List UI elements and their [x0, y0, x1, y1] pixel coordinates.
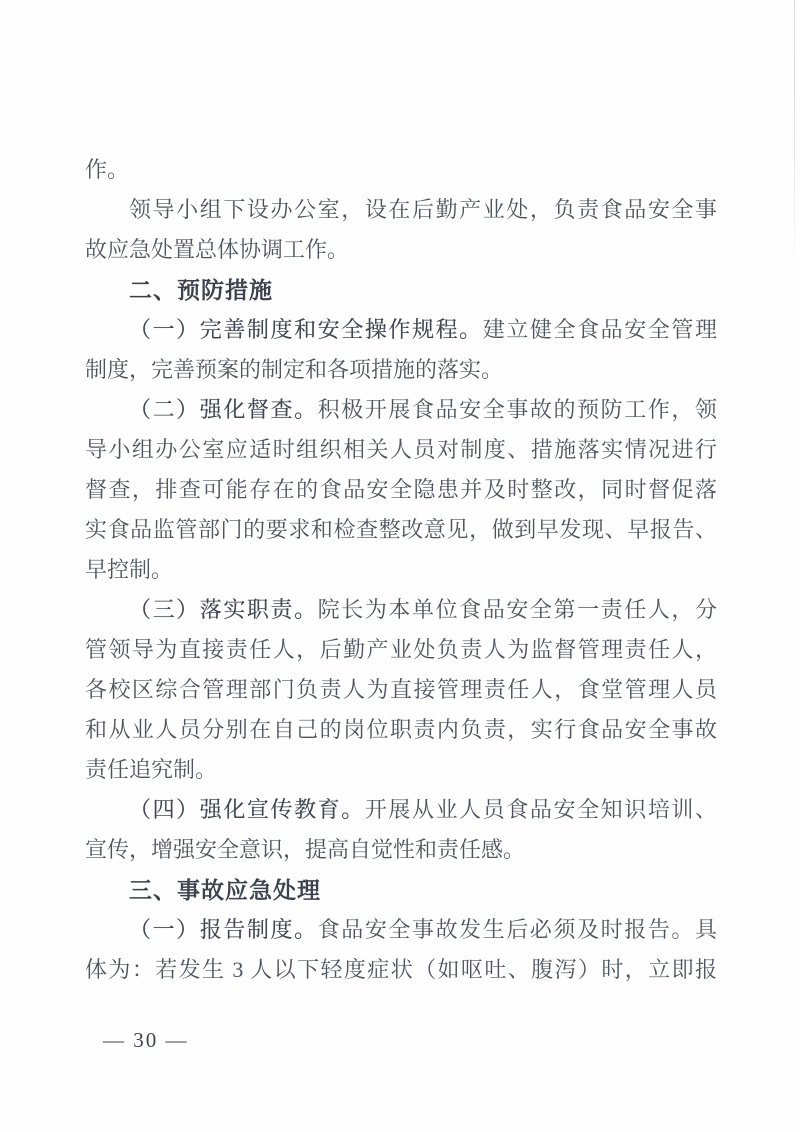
line-text: 导小组办公室应适时组织相关人员对制度、措施落实情况进行 [85, 437, 717, 462]
text-line: 早控制。 [85, 550, 717, 590]
line-text: 宣传，增强安全意识，提高自觉性和责任感。 [85, 837, 525, 862]
text-line: （三）落实职责。院长为本单位食品安全第一责任人，分 [85, 590, 717, 630]
line-text: 督查，排查可能存在的食品安全隐患并及时整改，同时督促落 [85, 477, 717, 502]
text-line: 责任追究制。 [85, 750, 717, 790]
line-text: 制度，完善预案的制定和各项措施的落实。 [85, 357, 503, 382]
item-lead-text: （二）强化督查。 [129, 397, 318, 422]
item-lead-text: （四）强化宣传教育。 [129, 797, 365, 822]
item-lead-text: （一）报告制度。 [129, 917, 318, 942]
line-text: 体为：若发生 3 人以下轻度症状（如呕吐、腹泻）时，立即报 [85, 957, 717, 982]
document-body: 作。 领导小组下设办公室，设在后勤产业处，负责食品安全事 故应急处置总体协调工作… [85, 150, 717, 990]
document-page: 作。 领导小组下设办公室，设在后勤产业处，负责食品安全事 故应急处置总体协调工作… [0, 0, 800, 1132]
scan-edge-artifact [794, 0, 795, 270]
text-line: 督查，排查可能存在的食品安全隐患并及时整改，同时督促落 [85, 470, 717, 510]
line-text: 责任追究制。 [85, 757, 217, 782]
line-text: 管领导为直接责任人，后勤产业处负责人为监督管理责任人， [85, 637, 717, 662]
line-text: 和从业人员分别在自己的岗位职责内负责，实行食品安全事故 [85, 717, 717, 742]
section-heading-emergency-handling: 三、事故应急处理 [85, 870, 717, 910]
line-text: 领导小组下设办公室，设在后勤产业处，负责食品安全事 [129, 197, 717, 222]
text-line: 故应急处置总体协调工作。 [85, 230, 717, 270]
section-heading-prevention: 二、预防措施 [85, 270, 717, 310]
text-line: 实食品监管部门的要求和检查整改意见，做到早发现、早报告、 [85, 510, 717, 550]
text-line: 和从业人员分别在自己的岗位职责内负责，实行食品安全事故 [85, 710, 717, 750]
text-line: （一）报告制度。食品安全事故发生后必须及时报告。具 [85, 910, 717, 950]
line-text: 建立健全食品安全管理 [483, 317, 717, 342]
line-text: 食品安全事故发生后必须及时报告。具 [318, 917, 717, 942]
text-line: 导小组办公室应适时组织相关人员对制度、措施落实情况进行 [85, 430, 717, 470]
text-line: （二）强化督查。积极开展食品安全事故的预防工作，领 [85, 390, 717, 430]
text-line: （四）强化宣传教育。开展从业人员食品安全知识培训、 [85, 790, 717, 830]
line-text: 积极开展食品安全事故的预防工作，领 [318, 397, 717, 422]
page-number: — 30 — [103, 1028, 189, 1053]
text-line: （一）完善制度和安全操作规程。建立健全食品安全管理 [85, 310, 717, 350]
item-lead-text: （一）完善制度和安全操作规程。 [129, 317, 483, 342]
line-text: 院长为本单位食品安全第一责任人，分 [318, 597, 717, 622]
line-text: 各校区综合管理部门负责人为直接管理责任人，食堂管理人员 [85, 677, 717, 702]
line-text: 早控制。 [85, 557, 173, 582]
text-line: 领导小组下设办公室，设在后勤产业处，负责食品安全事 [85, 190, 717, 230]
text-line: 宣传，增强安全意识，提高自觉性和责任感。 [85, 830, 717, 870]
heading-text: 三、事故应急处理 [129, 877, 321, 903]
item-lead-text: （三）落实职责。 [129, 597, 318, 622]
text-line: 制度，完善预案的制定和各项措施的落实。 [85, 350, 717, 390]
line-text: 故应急处置总体协调工作。 [85, 237, 349, 262]
line-text: 作。 [85, 157, 129, 182]
text-line: 各校区综合管理部门负责人为直接管理责任人，食堂管理人员 [85, 670, 717, 710]
heading-text: 二、预防措施 [129, 277, 273, 303]
text-line: 管领导为直接责任人，后勤产业处负责人为监督管理责任人， [85, 630, 717, 670]
text-line: 体为：若发生 3 人以下轻度症状（如呕吐、腹泻）时，立即报 [85, 950, 717, 990]
line-text: 实食品监管部门的要求和检查整改意见，做到早发现、早报告、 [85, 517, 717, 542]
line-text: 开展从业人员食品安全知识培训、 [365, 797, 717, 822]
text-line: 作。 [85, 150, 717, 190]
